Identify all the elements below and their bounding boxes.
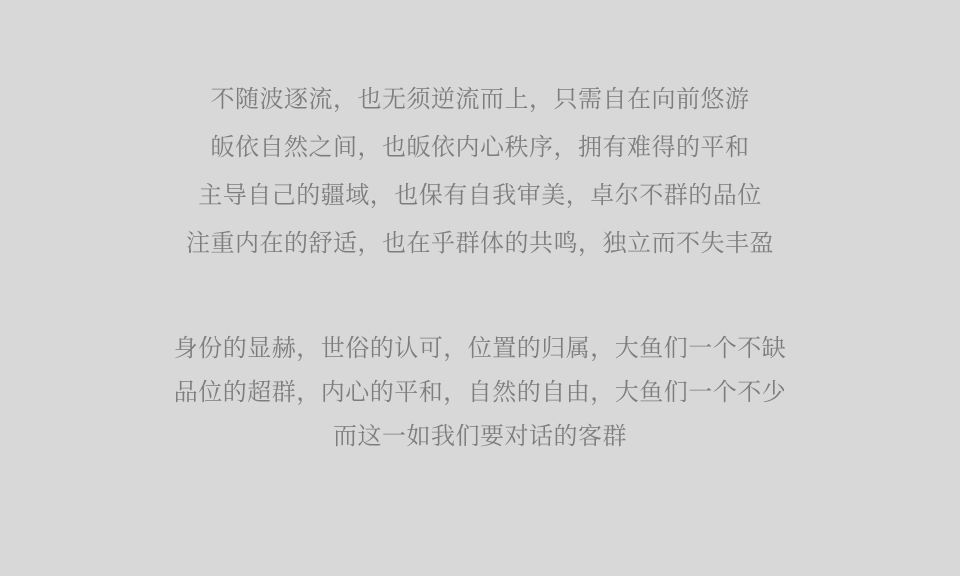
slide-line-5: 身份的显赫，世俗的认可，位置的归属，大鱼们一个不缺: [0, 327, 960, 371]
slide-line-2: 皈依自然之间，也皈依内心秩序，拥有难得的平和: [0, 124, 960, 172]
slide-line-3: 主导自己的疆域，也保有自我审美，卓尔不群的品位: [0, 172, 960, 220]
slide-line-4: 注重内在的舒适，也在乎群体的共鸣，独立而不失丰盈: [0, 220, 960, 268]
slide-canvas: 不随波逐流，也无须逆流而上，只需自在向前悠游 皈依自然之间，也皈依内心秩序，拥有…: [0, 0, 960, 576]
slide-line-7: 而这一如我们要对话的客群: [0, 415, 960, 459]
paragraph-target-audience: 身份的显赫，世俗的认可，位置的归属，大鱼们一个不缺 品位的超群，内心的平和，自然…: [0, 327, 960, 459]
paragraph-lifestyle-values: 不随波逐流，也无须逆流而上，只需自在向前悠游 皈依自然之间，也皈依内心秩序，拥有…: [0, 0, 960, 268]
slide-line-1: 不随波逐流，也无须逆流而上，只需自在向前悠游: [0, 76, 960, 124]
slide-line-6: 品位的超群，内心的平和，自然的自由，大鱼们一个不少: [0, 371, 960, 415]
